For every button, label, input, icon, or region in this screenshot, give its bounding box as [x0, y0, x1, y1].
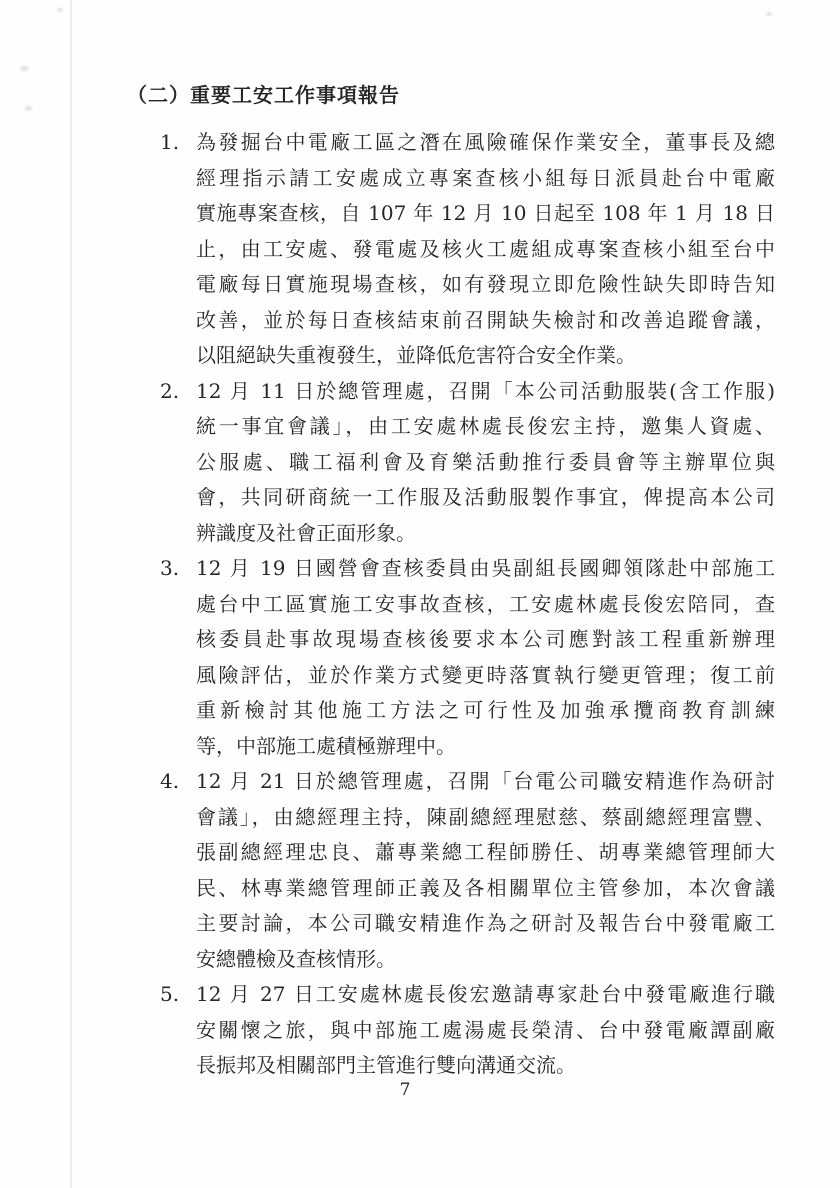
- report-item: 3.12 月 19 日國營會查核委員由吳副組長國卿領隊赴中部施工處台中工區實施工…: [160, 551, 775, 764]
- text-line: 民、林專業總管理師正義及各相關單位主管參加，本次會議: [196, 871, 775, 907]
- text-line: 主要討論，本公司職安精進作為之研討及報告台中發電廠工: [196, 906, 775, 942]
- scanned-document-page: （二）重要工安工作事項報告 1.為發掘台中電廠工區之潛在風險確保作業安全，董事長…: [0, 0, 840, 1188]
- text-line: 會，共同研商統一工作服及活動服製作事宜，俾提高本公司: [196, 480, 775, 516]
- text-line: 辨識度及社會正面形象。: [196, 516, 775, 552]
- text-line: 風險評估，並於作業方式變更時落實執行變更管理；復工前: [196, 658, 775, 694]
- text-line: 會議」，由總經理主持，陳副總經理慰慈、蔡副總經理富豐、: [196, 800, 775, 836]
- scan-speck: [20, 66, 29, 71]
- text-line: 為發掘台中電廠工區之潛在風險確保作業安全，董事長及總: [196, 125, 775, 161]
- text-line: 經理指示請工安處成立專案查核小組每日派員赴台中電廠: [196, 161, 775, 197]
- scan-speck: [57, 8, 63, 12]
- item-number: 5.: [160, 977, 179, 1013]
- text-line: 止，由工安處、發電處及核火工處組成專案查核小組至台中: [196, 232, 775, 268]
- text-line: 電廠每日實施現場查核，如有發現立即危險性缺失即時告知: [196, 267, 775, 303]
- text-line: 等，中部施工處積極辦理中。: [196, 729, 775, 765]
- report-item: 4.12 月 21 日於總管理處，召開「台電公司職安精進作為研討會議」，由總經理…: [160, 764, 775, 977]
- item-number: 1.: [160, 125, 179, 161]
- text-line: 核委員赴事故現場查核後要求本公司應對該工程重新辦理: [196, 622, 775, 658]
- text-line: 張副總經理忠良、蕭專業總工程師勝任、胡專業總管理師大: [196, 835, 775, 871]
- text-line: 改善，並於每日查核結束前召開缺失檢討和改善追蹤會議，: [196, 303, 775, 339]
- text-line: 安總體檢及查核情形。: [196, 942, 775, 978]
- text-line: 安關懷之旅，與中部施工處湯處長榮清、台中發電廠譚副廠: [196, 1013, 775, 1049]
- item-number: 4.: [160, 764, 179, 800]
- scan-speck: [25, 106, 32, 111]
- text-line: 12 月 19 日國營會查核委員由吳副組長國卿領隊赴中部施工: [196, 551, 775, 587]
- report-item: 1.為發掘台中電廠工區之潛在風險確保作業安全，董事長及總經理指示請工安處成立專案…: [160, 125, 775, 374]
- report-item: 2.12 月 11 日於總管理處，召開「本公司活動服裝(含工作服)統一事宜會議」…: [160, 374, 775, 552]
- text-line: 處台中工區實施工安事故查核，工安處林處長俊宏陪同，查: [196, 587, 775, 623]
- text-line: 12 月 21 日於總管理處，召開「台電公司職安精進作為研討: [196, 764, 775, 800]
- text-line: 實施專案查核，自 107 年 12 月 10 日起至 108 年 1 月 18 …: [196, 196, 775, 232]
- item-number: 3.: [160, 551, 179, 587]
- report-item: 5.12 月 27 日工安處林處長俊宏邀請專家赴台中發電廠進行職安關懷之旅，與中…: [160, 977, 775, 1084]
- page-number: 7: [0, 1077, 810, 1103]
- text-line: 重新檢討其他施工方法之可行性及加強承攬商教育訓練: [196, 693, 775, 729]
- item-number: 2.: [160, 374, 179, 410]
- text-line: 以阻絕缺失重複發生，並降低危害符合安全作業。: [196, 338, 775, 374]
- page-fold-line: [70, 0, 72, 1188]
- text-line: 12 月 11 日於總管理處，召開「本公司活動服裝(含工作服): [196, 374, 775, 410]
- text-line: 公服處、職工福利會及育樂活動推行委員會等主辦單位與: [196, 445, 775, 481]
- report-items: 1.為發掘台中電廠工區之潛在風險確保作業安全，董事長及總經理指示請工安處成立專案…: [160, 125, 775, 1084]
- text-line: 統一事宜會議」，由工安處林處長俊宏主持，邀集人資處、: [196, 409, 775, 445]
- text-line: 12 月 27 日工安處林處長俊宏邀請專家赴台中發電廠進行職: [196, 977, 775, 1013]
- section-heading: （二）重要工安工作事項報告: [127, 80, 400, 110]
- scan-speck: [766, 12, 772, 16]
